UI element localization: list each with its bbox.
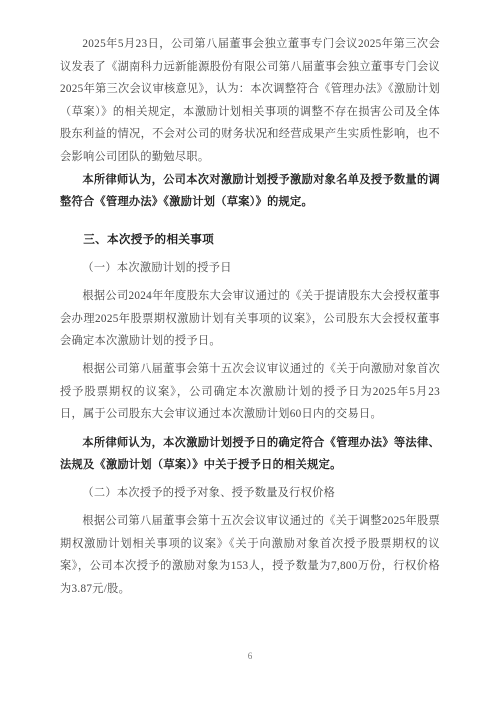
paragraph-independent-directors-opinion: 2025年5月23日，公司第八届董事会独立董事专门会议2025年第三次会议发表了… [60, 33, 440, 169]
subheading-grant-objects-quantity-price: （二）本次授予的授予对象、授予数量及行权价格 [60, 482, 440, 505]
subheading-grant-date: （一）本次激励计划的授予日 [60, 257, 440, 280]
paragraph-lawyer-conclusion-adjustment: 本所律师认为，公司本次对激励计划授予激励对象名单及授予数量的调整符合《管理办法》… [60, 169, 440, 214]
document-content: 2025年5月23日，公司第八届董事会独立董事专门会议2025年第三次会议发表了… [60, 33, 440, 601]
section-heading-grant-matters: 三、本次授予的相关事项 [60, 229, 440, 252]
paragraph-grant-details: 根据公司第八届董事会第十五次会议审议通过的《关于调整2025年股票期权激励计划相… [60, 510, 440, 600]
paragraph-lawyer-conclusion-grant-date: 本所律师认为，本次激励计划授予日的确定符合《管理办法》等法律、法规及《激励计划（… [60, 432, 440, 477]
document-page: 2025年5月23日，公司第八届董事会独立董事专门会议2025年第三次会议发表了… [0, 0, 500, 707]
page-number: 6 [0, 651, 500, 661]
paragraph-grant-date-determination: 根据公司第八届董事会第十五次会议审议通过的《关于向激励对象首次授予股票期权的议案… [60, 358, 440, 426]
paragraph-shareholder-authorization: 根据公司2024年年度股东大会审议通过的《关于提请股东大会授权董事会办理2025… [60, 285, 440, 353]
